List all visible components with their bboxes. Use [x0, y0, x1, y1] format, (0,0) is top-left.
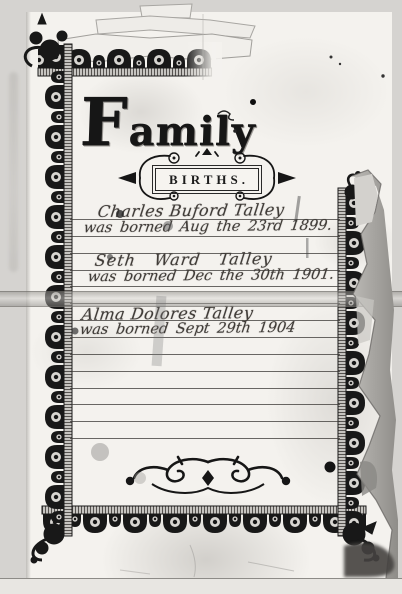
ruled-line — [70, 236, 340, 237]
binding-smudge — [9, 72, 18, 272]
births-banner-label: BIRTHS. — [155, 168, 259, 191]
entry-2-born: was borned Dec the 30th 1901. — [87, 267, 335, 286]
ruled-line — [70, 371, 340, 372]
ruled-line — [70, 354, 340, 355]
ruled-line — [70, 286, 340, 287]
ruled-line — [70, 421, 340, 422]
ruled-line — [70, 404, 340, 405]
entry-3-born: was borned Sept 29th 1904 — [79, 320, 297, 338]
page-title: Family — [78, 80, 257, 174]
ruled-line — [70, 438, 340, 439]
entry-1-born: was borned Aug the 23rd 1899. — [83, 218, 333, 237]
photo-background: Family BIRTHS. Charles Buford Talley was… — [0, 0, 402, 594]
ruled-line — [70, 388, 340, 389]
fold-crease — [0, 291, 402, 307]
photo-bottom-margin — [0, 578, 402, 594]
